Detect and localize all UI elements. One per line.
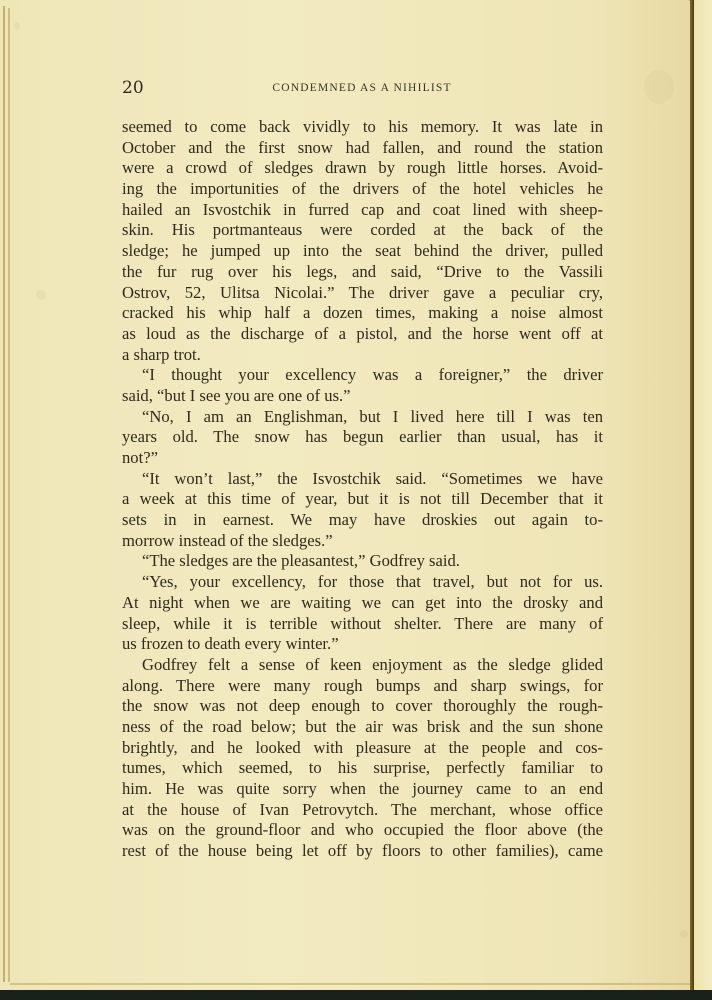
text-line: tumes, which seemed, to his surprise, pe… <box>122 758 603 779</box>
page-edge-left-outer <box>3 6 5 982</box>
text-line: “The sledges are the pleasantest,” Godfr… <box>122 551 603 572</box>
text-line: “It won’t last,” the Isvostchik said. “S… <box>122 469 603 490</box>
text-line: cracked his whip half a dozen times, mak… <box>122 303 603 324</box>
text-line: sledge; he jumped up into the seat behin… <box>122 241 603 262</box>
text-line: morrow instead of the sledges.” <box>122 531 603 552</box>
text-line: “Yes, your excellency, for those that tr… <box>122 572 603 593</box>
text-line: years old. The snow has begun earlier th… <box>122 427 603 448</box>
text-line: Ostrov, 52, Ulitsa Nicolai.” The driver … <box>122 283 603 304</box>
paper-speck <box>36 290 46 300</box>
body-text: seemed to come back vividly to his memor… <box>122 117 603 862</box>
text-line: a week at this time of year, but it is n… <box>122 489 603 510</box>
book-scan: 20 CONDEMNED AS A NIHILIST seemed to com… <box>0 0 712 1000</box>
text-line: a sharp trot. <box>122 345 603 366</box>
book-page: 20 CONDEMNED AS A NIHILIST seemed to com… <box>0 0 692 990</box>
page-edge-left-inner <box>8 8 10 982</box>
text-line: said, “but I see you are one of us.” <box>122 386 603 407</box>
paper-speck <box>680 930 688 938</box>
text-line: were a crowd of sledges drawn by rough l… <box>122 158 603 179</box>
text-line: was on the ground-floor and who occupied… <box>122 820 603 841</box>
running-head: 20 CONDEMNED AS A NIHILIST <box>122 78 602 100</box>
text-line: hailed an Isvostchik in furred cap and c… <box>122 200 603 221</box>
scanner-bottom-strip <box>0 990 712 1000</box>
text-line: rest of the house being let off by floor… <box>122 841 603 862</box>
text-line: the snow was not deep enough to cover th… <box>122 696 603 717</box>
text-line: him. He was quite sorry when the journey… <box>122 779 603 800</box>
text-line: “No, I am an Englishman, but I lived her… <box>122 407 603 428</box>
text-line: brightly, and he looked with pleasure at… <box>122 738 603 759</box>
text-line: sleep, while it is terrible without shel… <box>122 614 603 635</box>
page-edge-bottom <box>10 983 690 985</box>
text-line: at the house of Ivan Petrovytch. The mer… <box>122 800 603 821</box>
next-page-edge <box>694 0 712 990</box>
text-line: “I thought your excellency was a foreign… <box>122 365 603 386</box>
text-line: not?” <box>122 448 603 469</box>
text-line: Godfrey felt a sense of keen enjoyment a… <box>122 655 603 676</box>
text-line: skin. His portmanteaus were corded at th… <box>122 220 603 241</box>
text-line: sets in in earnest. We may have droskies… <box>122 510 603 531</box>
paper-speck <box>14 22 20 30</box>
text-line: At night when we are waiting we can get … <box>122 593 603 614</box>
running-title: CONDEMNED AS A NIHILIST <box>122 82 602 94</box>
text-line: us frozen to death every winter.” <box>122 634 603 655</box>
text-line: ing the importunities of the drivers of … <box>122 179 603 200</box>
text-line: the fur rug over his legs, and said, “Dr… <box>122 262 603 283</box>
text-line: October and the first snow had fallen, a… <box>122 138 603 159</box>
text-line: ness of the road below; but the air was … <box>122 717 603 738</box>
text-line: as loud as the discharge of a pistol, an… <box>122 324 603 345</box>
text-line: along. There were many rough bumps and s… <box>122 676 603 697</box>
text-line: seemed to come back vividly to his memor… <box>122 117 603 138</box>
paper-stain <box>644 70 674 104</box>
